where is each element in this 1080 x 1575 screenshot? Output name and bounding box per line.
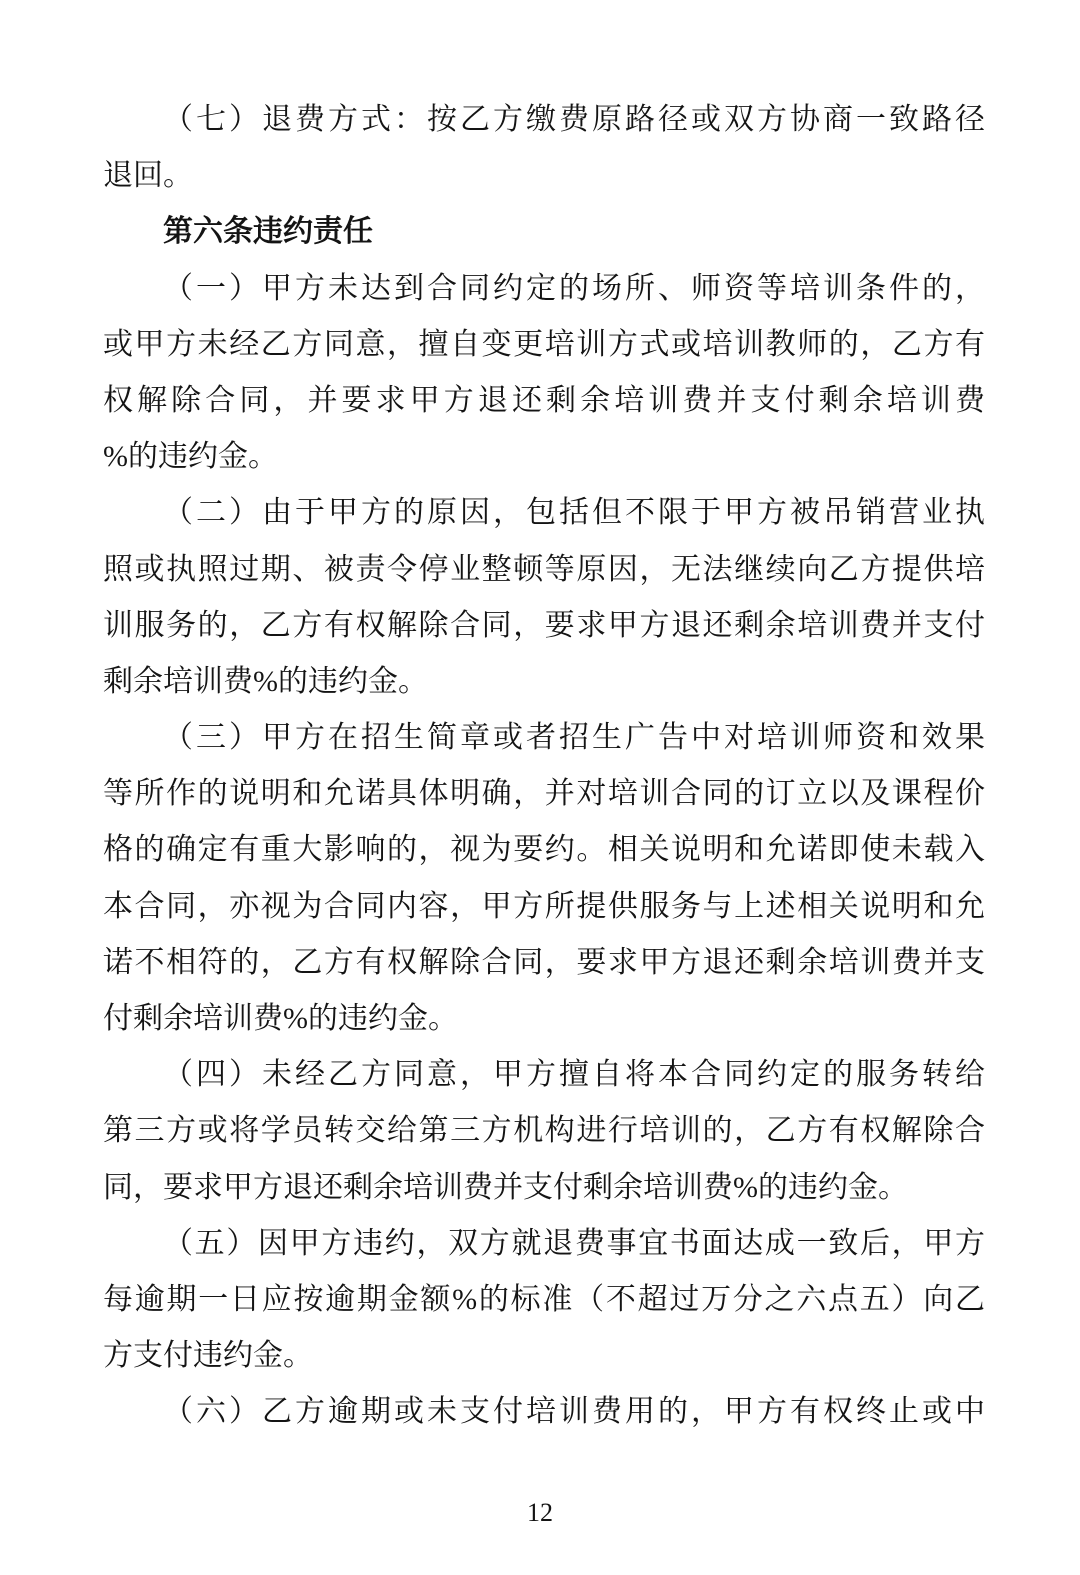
text-line: 剩余培训费%的违约金。 xyxy=(103,654,985,710)
text-line: （三）甲方在招生简章或者招生广告中对培训师资和效果 xyxy=(103,710,985,766)
text-line: （二）由于甲方的原因，包括但不限于甲方被吊销营业执 xyxy=(103,485,985,541)
section-heading: 第六条违约责任 xyxy=(103,204,985,260)
text-line: 或甲方未经乙方同意，擅自变更培训方式或培训教师的，乙方有 xyxy=(103,317,985,373)
text-line: 格的确定有重大影响的，视为要约。相关说明和允诺即使未载入 xyxy=(103,822,985,878)
text-line: （六）乙方逾期或未支付培训费用的，甲方有权终止或中 xyxy=(103,1384,985,1440)
paragraph: （五）因甲方违约，双方就退费事宜书面达成一致后，甲方每逾期一日应按逾期金额%的标… xyxy=(103,1216,985,1385)
paragraph: （三）甲方在招生简章或者招生广告中对培训师资和效果等所作的说明和允诺具体明确，并… xyxy=(103,710,985,1047)
text-line: 诺不相符的，乙方有权解除合同，要求甲方退还剩余培训费并支 xyxy=(103,935,985,991)
text-line: （七）退费方式：按乙方缴费原路径或双方协商一致路径 xyxy=(103,92,985,148)
text-line: 同，要求甲方退还剩余培训费并支付剩余培训费%的违约金。 xyxy=(103,1160,985,1216)
text-line: 第三方或将学员转交给第三方机构进行培训的，乙方有权解除合 xyxy=(103,1103,985,1159)
page-number: 12 xyxy=(0,1498,1080,1528)
paragraph: （一）甲方未达到合同约定的场所、师资等培训条件的，或甲方未经乙方同意，擅自变更培… xyxy=(103,261,985,486)
text-line: （一）甲方未达到合同约定的场所、师资等培训条件的， xyxy=(103,261,985,317)
paragraph: （七）退费方式：按乙方缴费原路径或双方协商一致路径退回。 xyxy=(103,92,985,204)
paragraph: （二）由于甲方的原因，包括但不限于甲方被吊销营业执照或执照过期、被责令停业整顿等… xyxy=(103,485,985,710)
text-line: 训服务的，乙方有权解除合同，要求甲方退还剩余培训费并支付 xyxy=(103,598,985,654)
paragraph: （六）乙方逾期或未支付培训费用的，甲方有权终止或中 xyxy=(103,1384,985,1440)
paragraph: （四）未经乙方同意，甲方擅自将本合同约定的服务转给第三方或将学员转交给第三方机构… xyxy=(103,1047,985,1216)
text-line: 每逾期一日应按逾期金额%的标准（不超过万分之六点五）向乙 xyxy=(103,1272,985,1328)
text-line: 退回。 xyxy=(103,148,985,204)
text-line: 方支付违约金。 xyxy=(103,1328,985,1384)
text-line: 本合同，亦视为合同内容，甲方所提供服务与上述相关说明和允 xyxy=(103,879,985,935)
text-line: 等所作的说明和允诺具体明确，并对培训合同的订立以及课程价 xyxy=(103,766,985,822)
text-line: （五）因甲方违约，双方就退费事宜书面达成一致后，甲方 xyxy=(103,1216,985,1272)
text-line: （四）未经乙方同意，甲方擅自将本合同约定的服务转给 xyxy=(103,1047,985,1103)
document-page: （七）退费方式：按乙方缴费原路径或双方协商一致路径退回。第六条违约责任（一）甲方… xyxy=(0,0,1080,1575)
text-line: 照或执照过期、被责令停业整顿等原因，无法继续向乙方提供培 xyxy=(103,542,985,598)
text-line: 权解除合同，并要求甲方退还剩余培训费并支付剩余培训费 xyxy=(103,373,985,429)
text-line: 付剩余培训费%的违约金。 xyxy=(103,991,985,1047)
text-line: 第六条违约责任 xyxy=(103,204,985,260)
contract-text: （七）退费方式：按乙方缴费原路径或双方协商一致路径退回。第六条违约责任（一）甲方… xyxy=(103,92,985,1441)
text-line: %的违约金。 xyxy=(103,429,985,485)
